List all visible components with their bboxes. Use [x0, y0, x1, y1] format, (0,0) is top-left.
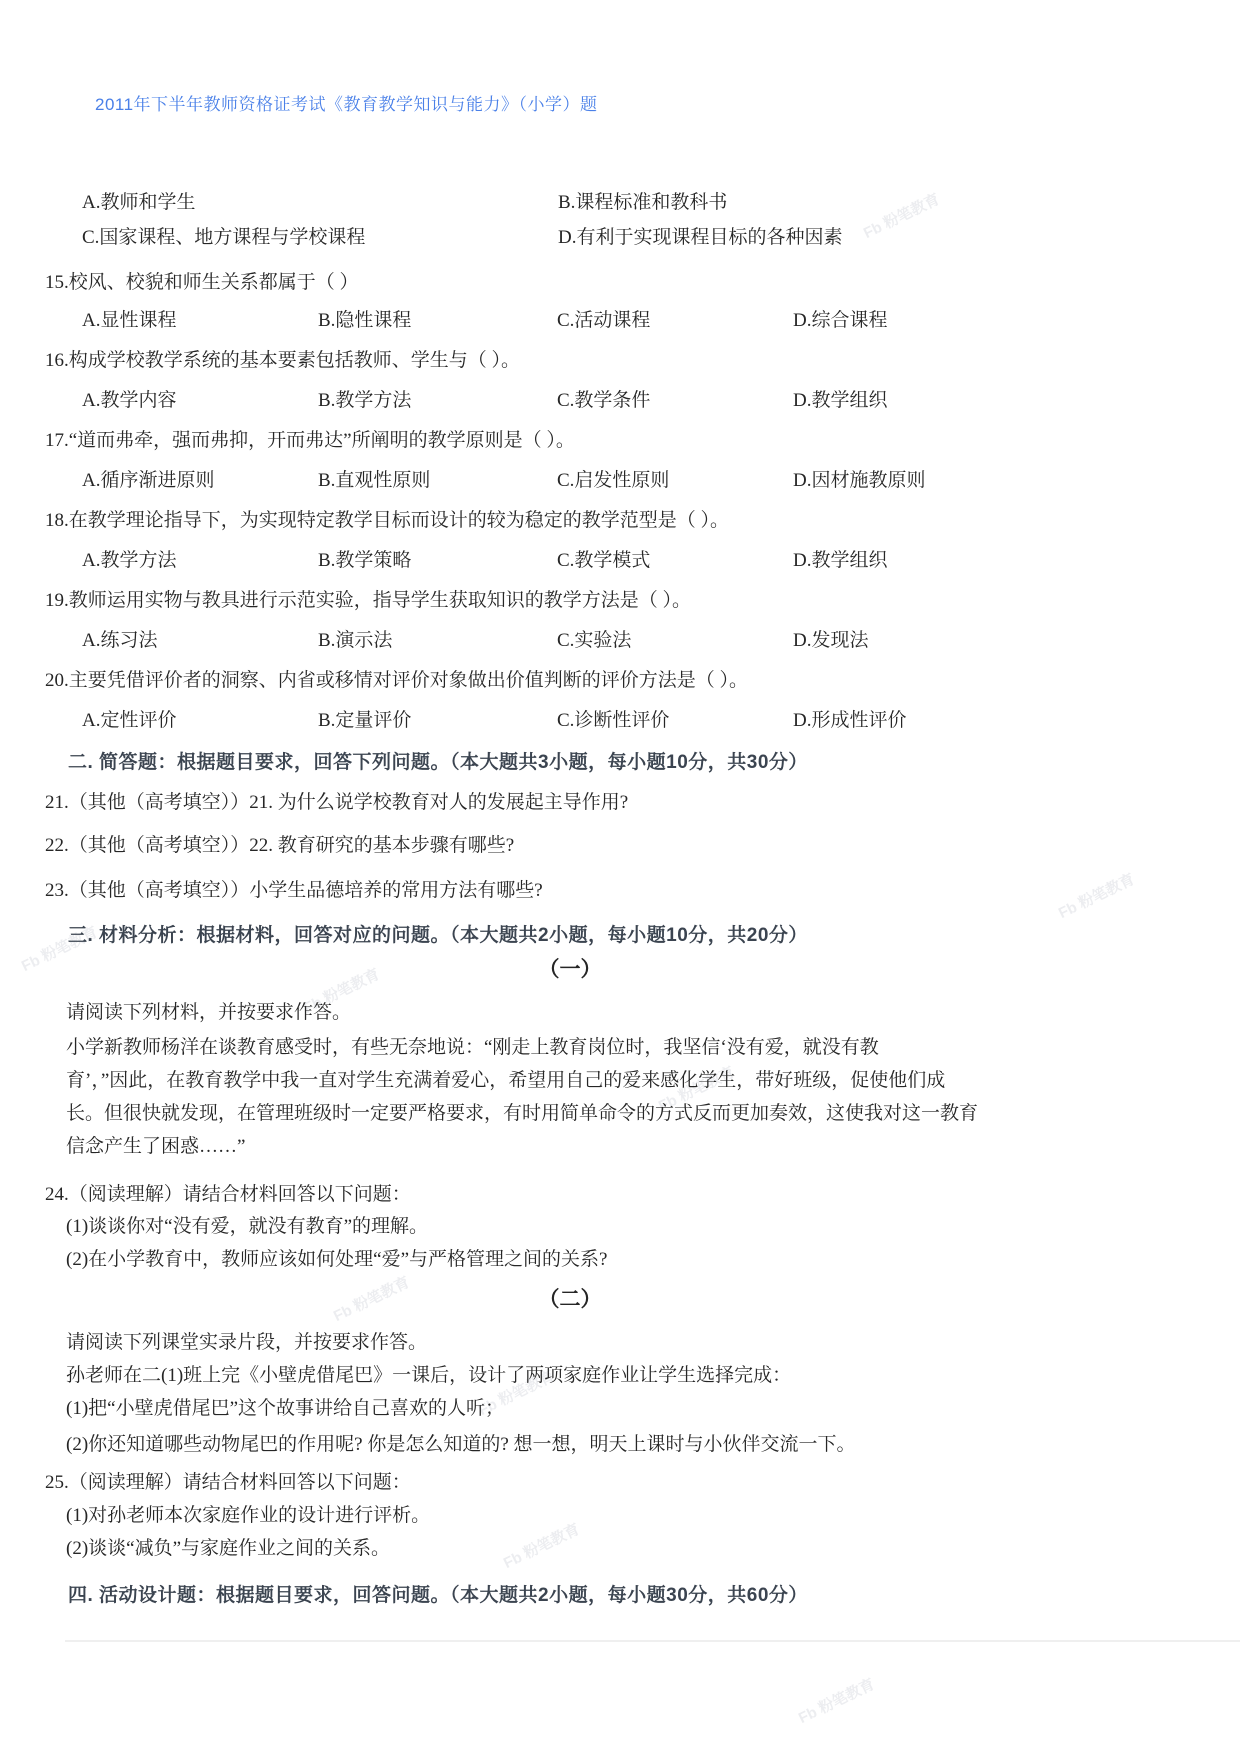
option-b: B.教学方法 — [318, 388, 411, 414]
watermark: Fb 粉笔教育 — [500, 1518, 583, 1573]
question-19-stem: 19.教师运用实物与教具进行示范实验，指导学生获取知识的教学方法是（ ）。 — [45, 588, 691, 614]
section-3-heading: 三. 材料分析：根据材料，回答对应的问题。（本大题共2小题，每小题10分，共20… — [68, 923, 808, 949]
option-d: D.教学组织 — [793, 388, 887, 414]
question-15-stem: 15.校风、校貌和师生关系都属于（ ） — [45, 270, 359, 296]
option-a: A.练习法 — [82, 628, 157, 654]
section-4-heading: 四. 活动设计题：根据题目要求，回答问题。（本大题共2小题，每小题30分，共60… — [68, 1583, 808, 1609]
watermark: Fb 粉笔教育 — [860, 188, 943, 243]
option-d: D.发现法 — [793, 628, 868, 654]
question-24-sub-2: (2)在小学教育中，教师应该如何处理“爱”与严格管理之间的关系? — [66, 1247, 607, 1273]
page-title: 2011年下半年教师资格证考试《教育教学知识与能力》（小学）题 — [95, 92, 598, 118]
bottom-divider — [65, 1640, 1240, 1642]
option-c: C.教学模式 — [557, 548, 650, 574]
option-a: A.显性课程 — [82, 308, 176, 334]
option-d: D.综合课程 — [793, 308, 887, 334]
material-2-line: (2)你还知道哪些动物尾巴的作用呢? 你是怎么知道的? 想一想，明天上课时与小伙… — [66, 1432, 856, 1458]
question-17-stem: 17.“道而弗牵，强而弗抑，开而弗达”所阐明的教学原则是（ ）。 — [45, 428, 575, 454]
material-1-line: 育’，”因此，在教育教学中我一直对学生充满着爱心，希望用自己的爱来感化学生，带好… — [66, 1068, 945, 1094]
question-23: 23.（其他（高考填空））小学生品德培养的常用方法有哪些? — [45, 878, 543, 904]
option-b: B.定量评价 — [318, 708, 411, 734]
material-1-label: （一） — [40, 956, 1100, 982]
material-1-line: 信念产生了困惑……” — [66, 1134, 245, 1160]
question-24-stem: 24.（阅读理解）请结合材料回答以下问题： — [45, 1182, 411, 1208]
question-21: 21.（其他（高考填空））21. 为什么说学校教育对人的发展起主导作用? — [45, 790, 628, 816]
material-1-line: 长。但很快就发现，在管理班级时一定要严格要求，有时用简单命令的方式反而更加奏效，… — [66, 1101, 978, 1127]
option-a: A.教学方法 — [82, 548, 176, 574]
option-a: A.定性评价 — [82, 708, 176, 734]
option-c: C.启发性原则 — [557, 468, 669, 494]
question-18-stem: 18.在教学理论指导下，为实现特定教学目标而设计的较为稳定的教学范型是（ ）。 — [45, 508, 729, 534]
material-1-intro: 请阅读下列材料，并按要求作答。 — [66, 1000, 351, 1026]
option-d: D.有利于实现课程目标的各种因素 — [558, 225, 842, 251]
question-22: 22.（其他（高考填空））22. 教育研究的基本步骤有哪些? — [45, 833, 514, 859]
option-a: A.教学内容 — [82, 388, 176, 414]
option-d: D.因材施教原则 — [793, 468, 925, 494]
question-20-stem: 20.主要凭借评价者的洞察、内省或移情对评价对象做出价值判断的评价方法是（ ）。 — [45, 668, 748, 694]
option-c: C.实验法 — [557, 628, 631, 654]
option-b: B.演示法 — [318, 628, 392, 654]
material-2-line: (1)把“小壁虎借尾巴”这个故事讲给自己喜欢的人听； — [66, 1396, 504, 1422]
option-b: B.直观性原则 — [318, 468, 430, 494]
question-16-stem: 16.构成学校教学系统的基本要素包括教师、学生与（ ）。 — [45, 348, 520, 374]
section-2-heading: 二. 简答题：根据题目要求，回答下列问题。（本大题共3小题，每小题10分，共30… — [68, 750, 808, 776]
question-24-sub-1: (1)谈谈你对“没有爱，就没有教育”的理解。 — [66, 1214, 428, 1240]
material-2-label: （二） — [40, 1286, 1100, 1312]
watermark: Fb 粉笔教育 — [1055, 868, 1138, 923]
question-25-sub-2: (2)谈谈“减负”与家庭作业之间的关系。 — [66, 1536, 390, 1562]
option-d: D.教学组织 — [793, 548, 887, 574]
option-a: A.循序渐进原则 — [82, 468, 214, 494]
material-2-intro: 请阅读下列课堂实录片段，并按要求作答。 — [66, 1330, 427, 1356]
option-c: C.活动课程 — [557, 308, 650, 334]
option-c: C.国家课程、地方课程与学校课程 — [82, 225, 365, 251]
option-c: C.诊断性评价 — [557, 708, 669, 734]
option-b: B.教学策略 — [318, 548, 411, 574]
option-b: B.课程标准和教科书 — [558, 190, 727, 216]
question-25-sub-1: (1)对孙老师本次家庭作业的设计进行评析。 — [66, 1503, 430, 1529]
option-a: A.教师和学生 — [82, 190, 195, 216]
exam-document-page: Fb 粉笔教育 Fb 粉笔教育 Fb 粉笔教育 Fb 粉笔教育 Fb 粉笔教育 … — [0, 0, 1240, 1754]
option-d: D.形成性评价 — [793, 708, 906, 734]
option-c: C.教学条件 — [557, 388, 650, 414]
watermark: Fb 粉笔教育 — [795, 1673, 878, 1728]
material-2-line: 孙老师在二(1)班上完《小壁虎借尾巴》一课后，设计了两项家庭作业让学生选择完成： — [66, 1363, 791, 1389]
question-25-stem: 25.（阅读理解）请结合材料回答以下问题： — [45, 1470, 411, 1496]
material-1-line: 小学新教师杨洋在谈教育感受时，有些无奈地说：“刚走上教育岗位时，我坚信‘没有爱，… — [66, 1035, 879, 1061]
option-b: B.隐性课程 — [318, 308, 411, 334]
